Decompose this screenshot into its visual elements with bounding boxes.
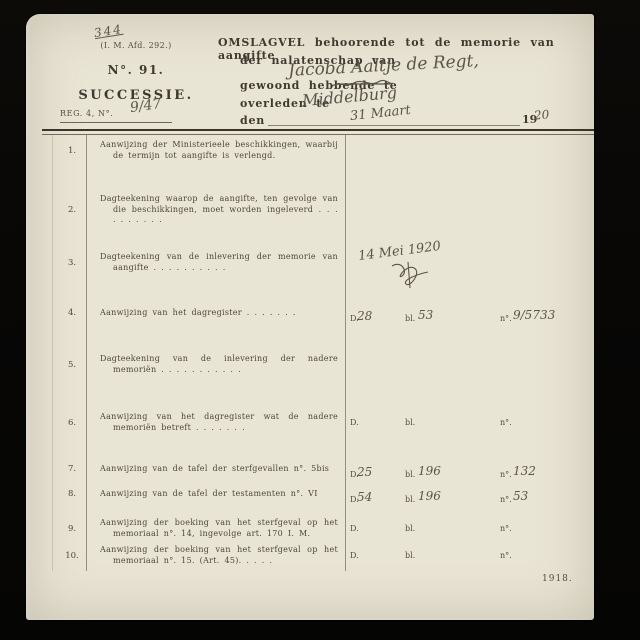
blad-label: bl. — [405, 551, 415, 560]
row-answer: D. bl. n°. — [350, 520, 588, 538]
table-row: 3. Dagteekening van de inlevering der me… — [52, 252, 342, 273]
form-page: 344 (I. M. Afd. 292.) N°. 91. SUCCESSIE.… — [26, 14, 594, 620]
dagregister-d-label: D. — [350, 418, 359, 427]
form-reference: (I. M. Afd. 292.) — [56, 41, 216, 50]
blad-label: bl. — [405, 314, 415, 323]
row-answer: D. bl. n°. — [350, 547, 588, 565]
scanned-document-background: 344 (I. M. Afd. 292.) N°. 91. SUCCESSIE.… — [0, 0, 640, 640]
row-description: Aanwijzing der boeking van het sterfgeva… — [100, 518, 338, 539]
d-value-handwritten: 28 — [357, 309, 372, 323]
row-description: Aanwijzing van de tafel der sterfgevalle… — [100, 464, 338, 475]
death-date-handwritten: 31 Maart — [349, 103, 411, 124]
dagregister-d-label: D. — [350, 551, 359, 560]
nummer-label: n°. — [500, 524, 512, 533]
row-description: Aanwijzing der boeking van het sterfgeva… — [100, 545, 338, 566]
row-number: 2. — [52, 205, 92, 215]
row-answer: D. 54 bl. 196 n°. 53 — [350, 491, 588, 509]
blad-value-handwritten: 53 — [418, 308, 433, 322]
table-row: 6. Aanwijzing van het dagregister wat de… — [52, 412, 342, 433]
row-answer: 14 Mei 1920 — [354, 244, 592, 262]
row-answer: D. 28 bl. 53 n°. 9/5733 — [350, 310, 588, 328]
table-row: 4. Aanwijzing van het dagregister . . . … — [52, 308, 342, 319]
year-handwritten-suffix: 20 — [533, 107, 549, 122]
table-row: 10. Aanwijzing der boeking van het sterf… — [52, 545, 342, 566]
nummer-label: n°. — [500, 470, 512, 479]
blad-label: bl. — [405, 524, 415, 533]
register-label: REG. 4, N°. — [60, 109, 113, 118]
register-underline — [60, 122, 172, 123]
table-row: 9. Aanwijzing der boeking van het sterfg… — [52, 518, 342, 539]
date-label: den — [240, 114, 265, 127]
row-description: Aanwijzing van het dagregister . . . . .… — [100, 308, 338, 319]
row-description: Dagteekening van de inlevering der memor… — [100, 252, 338, 273]
handwritten-file-mark: 344 — [93, 22, 124, 40]
nummer-label: n°. — [500, 418, 512, 427]
register-number-handwritten: 9/47 — [129, 96, 162, 116]
row-description: Aanwijzing van de tafel der testamenten … — [100, 489, 338, 500]
d-value-handwritten: 54 — [357, 490, 372, 504]
row-number: 3. — [52, 258, 92, 268]
row-answer: D. bl. n°. — [350, 414, 588, 432]
date-underline — [268, 125, 520, 126]
table-top-rule-thin — [42, 134, 594, 135]
table-row: 2. Dagteekening waarop de aangifte, ten … — [52, 194, 342, 226]
row-number: 4. — [52, 308, 92, 318]
dagregister-d-label: D. — [350, 524, 359, 533]
row-number: 9. — [52, 524, 92, 534]
row-number: 7. — [52, 464, 92, 474]
signature-flourish — [388, 258, 440, 292]
table-row: 8. Aanwijzing van de tafel der testament… — [52, 489, 342, 500]
blad-label: bl. — [405, 418, 415, 427]
nummer-value-handwritten: 132 — [513, 464, 536, 478]
table-top-rule — [42, 129, 594, 131]
row-description: Dagteekening van de inlevering der nader… — [100, 354, 338, 375]
table-row: 5. Dagteekening van de inlevering der na… — [52, 354, 342, 375]
blad-value-handwritten: 196 — [418, 464, 441, 478]
row-number: 10. — [52, 551, 92, 561]
d-value-handwritten: 25 — [357, 465, 372, 479]
blad-label: bl. — [405, 470, 415, 479]
nummer-label: n°. — [500, 314, 512, 323]
answer-column-divider — [345, 135, 346, 571]
row-description: Dagteekening waarop de aangifte, ten gev… — [100, 194, 338, 226]
blad-label: bl. — [405, 495, 415, 504]
row-number: 8. — [52, 489, 92, 499]
row-number: 6. — [52, 418, 92, 428]
table-row: 7. Aanwijzing van de tafel der sterfgeva… — [52, 464, 342, 475]
blad-value-handwritten: 196 — [418, 489, 441, 503]
nummer-value-handwritten: 9/5733 — [513, 308, 555, 322]
row-answer: D. 25 bl. 196 n°. 132 — [350, 466, 588, 484]
form-number: N°. 91. — [56, 63, 216, 77]
row-number: 1. — [52, 146, 92, 156]
print-year: 1918. — [542, 574, 573, 584]
row-description: Aanwijzing van het dagregister wat de na… — [100, 412, 338, 433]
row-description: Aanwijzing der Ministerieele beschikking… — [100, 140, 338, 161]
table-row: 1. Aanwijzing der Ministerieele beschikk… — [52, 140, 342, 161]
nummer-value-handwritten: 53 — [513, 489, 528, 503]
row-number: 5. — [52, 360, 92, 370]
nummer-label: n°. — [500, 495, 512, 504]
nummer-label: n°. — [500, 551, 512, 560]
